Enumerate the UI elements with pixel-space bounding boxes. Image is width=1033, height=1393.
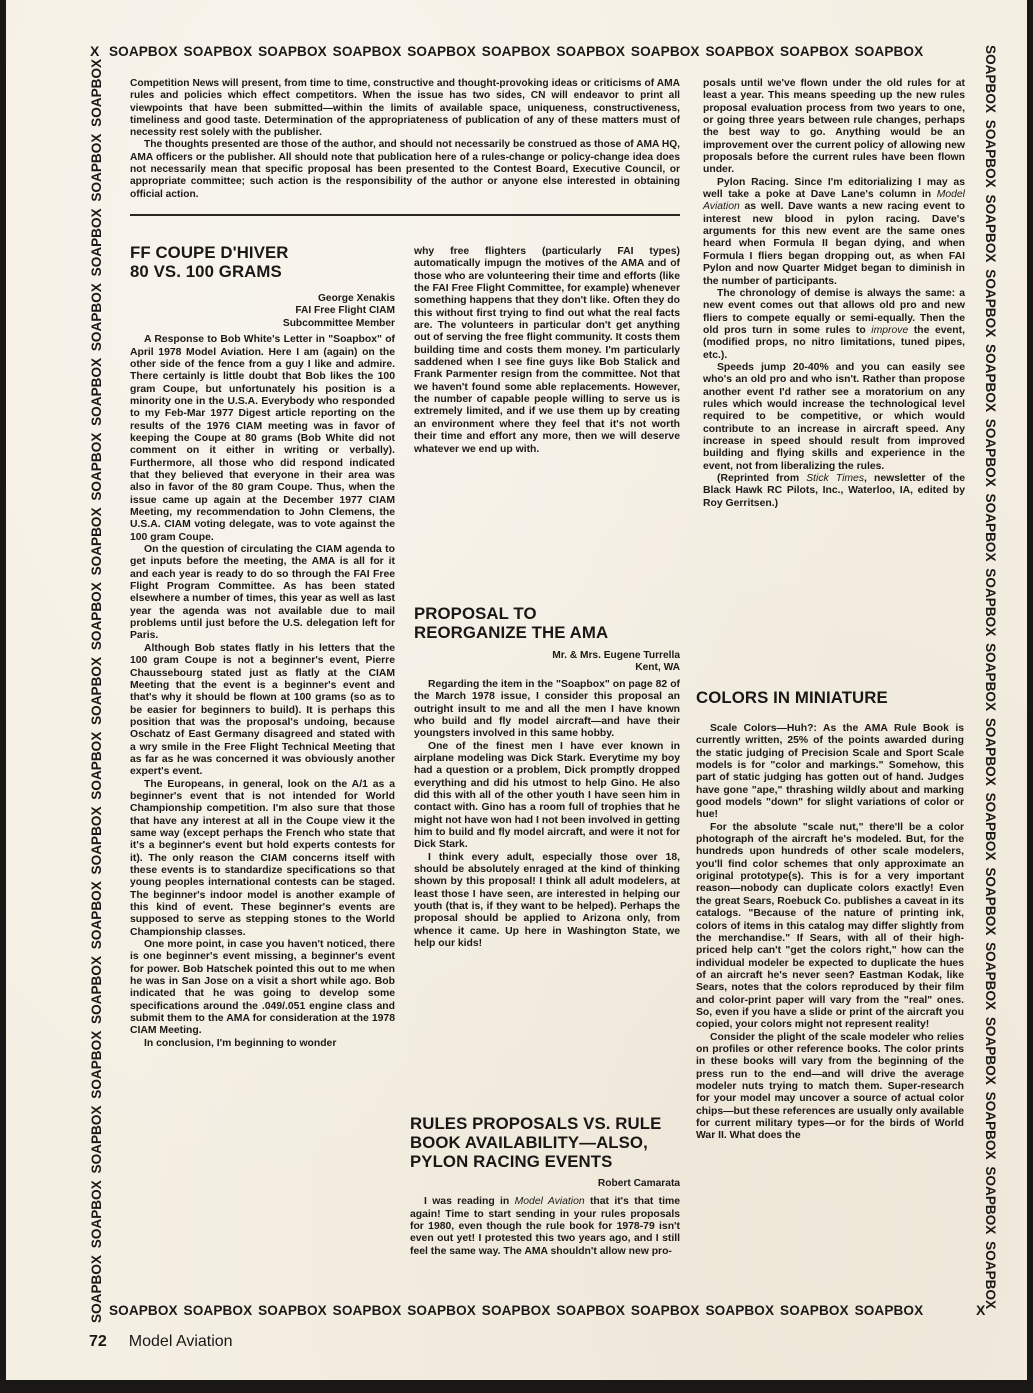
- rules-headline-line-2: BOOK AVAILABILITY—ALSO,: [410, 1133, 680, 1152]
- coupe-paragraph-5: One more point, in case you haven't noti…: [130, 939, 395, 1038]
- rules-headline: RULES PROPOSALS VS. RULE BOOK AVAILABILI…: [410, 1114, 680, 1171]
- colors-p1-text: As the AMA Rule Book is currently writte…: [696, 723, 964, 820]
- magazine-page: SOAPBOX SOAPBOX SOAPBOX SOAPBOX SOAPBOX …: [6, 0, 1027, 1380]
- page-folio: 72Model Aviation: [89, 1333, 233, 1351]
- colors-paragraph-2: For the absolute "scale nut," there'll b…: [696, 822, 964, 1032]
- rules-paragraph-4: The chronology of demise is always the s…: [703, 288, 965, 362]
- reorganize-headline: PROPOSAL TO REORGANIZE THE AMA: [414, 604, 680, 642]
- reorganize-paragraph-2: One of the finest men I have ever known …: [414, 741, 680, 852]
- coupe-headline-line-1: FF COUPE D'HIVER: [130, 243, 395, 262]
- colors-paragraph-3: Consider the plight of the scale modeler…: [696, 1032, 964, 1143]
- rules-p6-italic: Stick Times: [806, 473, 864, 484]
- disclaimer-paragraph-2: The thoughts presented are those of the …: [130, 139, 680, 200]
- article-colors: COLORS IN MINIATURE Scale Colors—Huh?: A…: [696, 688, 964, 1143]
- coupe-author-title-1: FAI Free Flight CIAM: [130, 305, 395, 317]
- reorganize-location: Kent, WA: [414, 662, 680, 674]
- x-mark-bottom-right: X: [976, 1302, 985, 1318]
- soapbox-band-left: SOAPBOX SOAPBOX SOAPBOX SOAPBOX SOAPBOX …: [88, 45, 106, 1323]
- reorganize-headline-line-1: PROPOSAL TO: [414, 604, 680, 623]
- coupe-headline-line-2: 80 VS. 100 GRAMS: [130, 262, 395, 281]
- reorganize-author: Mr. & Mrs. Eugene Turrella: [414, 650, 680, 662]
- colors-headline: COLORS IN MINIATURE: [696, 688, 964, 707]
- article-rules: RULES PROPOSALS VS. RULE BOOK AVAILABILI…: [410, 1114, 680, 1258]
- rules-paragraph-1: I was reading in Model Aviation that it'…: [410, 1196, 680, 1258]
- rules-p1-italic: Model Aviation: [515, 1196, 585, 1207]
- soapbox-band-right-text: SOAPBOX SOAPBOX SOAPBOX SOAPBOX SOAPBOX …: [983, 45, 998, 1317]
- reorganize-paragraph-3: I think every adult, especially those ov…: [414, 852, 680, 951]
- soapbox-band-right: SOAPBOX SOAPBOX SOAPBOX SOAPBOX SOAPBOX …: [982, 45, 1000, 1317]
- colors-p3-strong: profiles: [712, 1044, 750, 1055]
- rules-headline-line-1: RULES PROPOSALS VS. RULE: [410, 1114, 680, 1133]
- reorganize-headline-line-2: REORGANIZE THE AMA: [414, 623, 680, 642]
- colors-p2-strong: nobody can duplicate colors exactly!: [740, 883, 933, 894]
- column-middle: why free flighters (particularly FAI typ…: [414, 246, 680, 456]
- colors-p1-lead: Scale Colors—Huh?:: [710, 723, 817, 734]
- coupe-paragraph-7: why free flighters (particularly FAI typ…: [414, 246, 680, 456]
- rules-headline-line-3: PYLON RACING EVENTS: [410, 1152, 680, 1171]
- article-reorganize: PROPOSAL TO REORGANIZE THE AMA Mr. & Mrs…: [414, 604, 680, 950]
- coupe-paragraph-4: The Europeans, in general, look on the A…: [130, 779, 395, 939]
- rules-p3-text-b: as well. Dave wants a new racing event t…: [703, 201, 965, 286]
- rules-p3-lead: Pylon Racing.: [717, 177, 789, 188]
- reorganize-byline: Mr. & Mrs. Eugene Turrella Kent, WA: [414, 650, 680, 675]
- rules-author: Robert Camarata: [410, 1178, 680, 1190]
- page-number: 72: [89, 1333, 107, 1350]
- coupe-author: George Xenakis: [130, 293, 395, 305]
- rules-paragraph-3: Pylon Racing. Since I'm editorializing I…: [703, 177, 965, 288]
- rules-paragraph-5: Speeds jump 20-40% and you can easily se…: [703, 362, 965, 473]
- colors-p2-text-b: Even the great Sears, Roebuck Co. publis…: [696, 883, 964, 1030]
- rules-p6-text-a: (Reprinted from: [717, 473, 806, 484]
- rules-paragraph-6: (Reprinted from Stick Times, newsletter …: [703, 473, 965, 510]
- publication-name: Model Aviation: [129, 1333, 233, 1350]
- soapbox-band-top: SOAPBOX SOAPBOX SOAPBOX SOAPBOX SOAPBOX …: [109, 44, 979, 59]
- soapbox-band-bottom: SOAPBOX SOAPBOX SOAPBOX SOAPBOX SOAPBOX …: [109, 1303, 979, 1318]
- editorial-disclaimer: Competition News will present, from time…: [130, 78, 680, 201]
- rules-p1-text-a: I was reading in: [424, 1196, 515, 1207]
- coupe-paragraph-3: Although Bob states flatly in his letter…: [130, 643, 395, 779]
- rules-p4-italic: improve: [871, 325, 908, 336]
- disclaimer-paragraph-1: Competition News will present, from time…: [130, 78, 680, 139]
- colors-paragraph-1: Scale Colors—Huh?: As the AMA Rule Book …: [696, 723, 964, 822]
- reorganize-paragraph-1: Regarding the item in the "Soapbox" on p…: [414, 679, 680, 741]
- coupe-paragraph-1: A Response to Bob White's Letter in "Soa…: [130, 334, 395, 544]
- coupe-byline: George Xenakis FAI Free Flight CIAM Subc…: [130, 293, 395, 330]
- colors-p3-text-b: or other reference books. The color prin…: [696, 1044, 964, 1141]
- coupe-headline: FF COUPE D'HIVER 80 VS. 100 GRAMS: [130, 243, 395, 281]
- section-divider: [130, 214, 680, 216]
- coupe-paragraph-2: On the question of circulating the CIAM …: [130, 544, 395, 643]
- rules-paragraph-2: posals until we've flown under the old r…: [703, 78, 965, 177]
- coupe-author-title-2: Subcommittee Member: [130, 318, 395, 330]
- column-right: posals until we've flown under the old r…: [703, 78, 965, 510]
- coupe-paragraph-6: In conclusion, I'm beginning to wonder: [130, 1038, 395, 1050]
- rules-byline: Robert Camarata: [410, 1178, 680, 1190]
- article-coupe: FF COUPE D'HIVER 80 VS. 100 GRAMS George…: [130, 243, 395, 1050]
